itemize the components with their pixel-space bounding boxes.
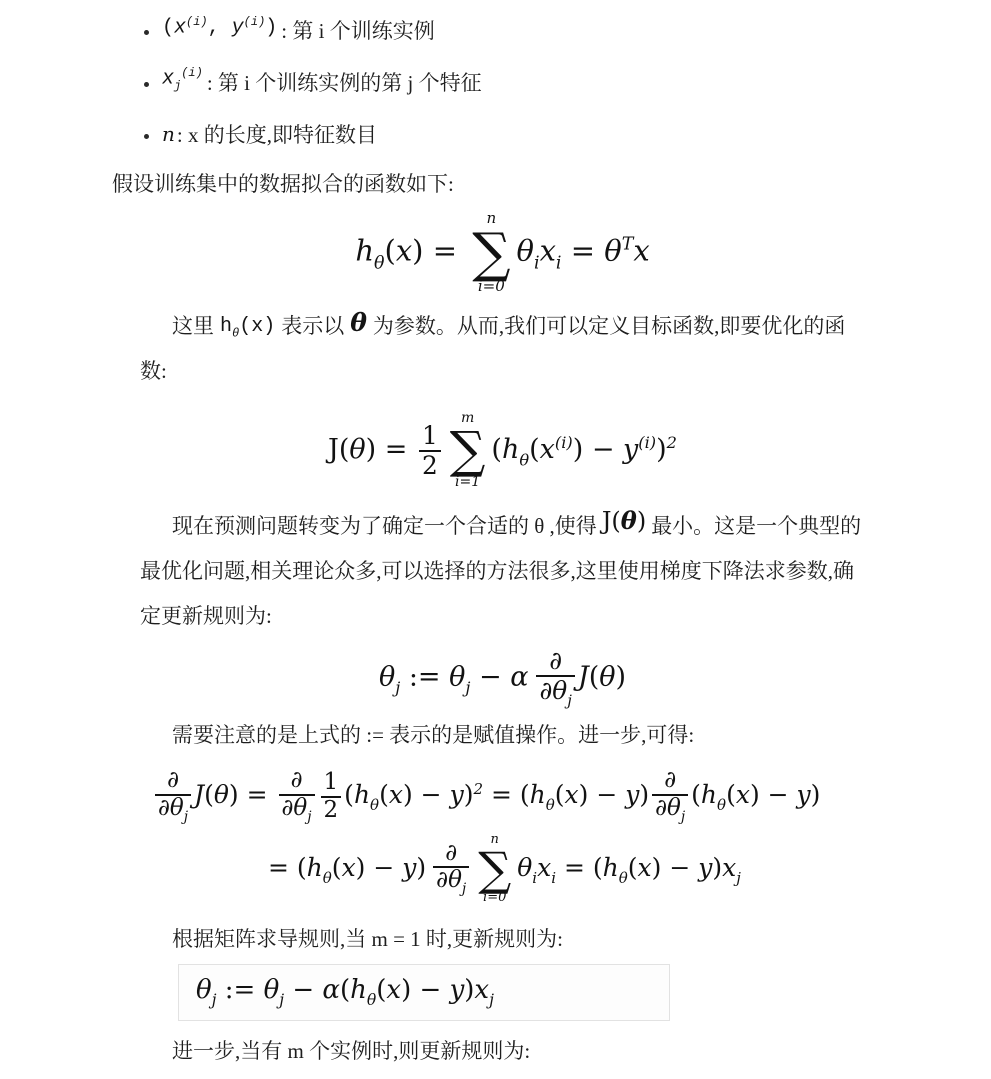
paragraph-further: 进一步,当有 m 个实例时,则更新规则为: [140, 1029, 865, 1074]
math-n: n [162, 124, 175, 144]
notation-list: (x(i), y(i)) : 第 i 个训练实例 xj(i) : 第 i 个训练… [140, 6, 865, 162]
formula-cost-function: J(θ) = 12m∑i=1(hθ(x(i)) − y(i))2 [140, 410, 865, 491]
document: (x(i), y(i)) : 第 i 个训练实例 xj(i) : 第 i 个训练… [0, 0, 991, 1079]
bullet-dot [144, 30, 149, 35]
paragraph-assignment-note: 需要注意的是上式的 := 表示的是赋值操作。进一步,可得: [140, 713, 865, 758]
list-item: xj(i) : 第 i 个训练实例的第 j 个特征 [144, 58, 865, 110]
paragraph-matrix-rule: 根据矩阵求导规则,当 m = 1 时,更新规则为: [140, 917, 865, 962]
paragraph-text: 现在预测问题转变为了确定一个合适的 θ ,使得 [172, 514, 597, 538]
list-item-text: : 第 i 个训练实例的第 j 个特征 [207, 61, 482, 106]
formula-box: θj := θj − α(hθ(x) − y)xj [178, 964, 670, 1021]
formula-derivation-line1: ∂∂θjJ(θ) = ∂∂θj12(hθ(x) − y)2 = (hθ(x) −… [140, 768, 865, 825]
formula-hypothesis: hθ(x) = n∑i=0θixi = θTx [140, 209, 865, 296]
list-item: n : x 的长度,即特征数目 [144, 110, 865, 162]
list-item-text: : 第 i 个训练实例 [281, 9, 434, 54]
paragraph-define-objective: 这里hθ(x)表示以θ为参数。从而,我们可以定义目标函数,即要优化的函数: [140, 304, 865, 394]
list-item-text: : x 的长度,即特征数目 [177, 113, 377, 158]
paragraph-assume: 假设训练集中的数据拟合的函数如下: [112, 162, 865, 207]
math-feature-j: xj(i) [162, 67, 203, 92]
paragraph-text: 表示以 [281, 314, 344, 338]
math-training-pair: (x(i), y(i)) [162, 16, 277, 38]
bullet-dot [144, 134, 149, 139]
bullet-dot [144, 82, 149, 87]
inline-math-theta: θ [350, 308, 367, 337]
formula-image-frame: θj := θj − α(hθ(x) − y)xj [140, 964, 865, 1021]
formula-derivation-line2: = (hθ(x) − y)∂∂θjn∑i=0θixi = (hθ(x) − y)… [140, 832, 865, 907]
formula-update-rule: θj := θj − α∂∂θjJ(θ) [140, 647, 865, 709]
inline-math-h-theta-x: hθ(x) [220, 315, 275, 338]
paragraph-optimization: 现在预测问题转变为了确定一个合适的 θ ,使得J(θ)最小。这是一个典型的最优化… [140, 504, 865, 639]
formula-single-instance-update: θj := θj − α(hθ(x) − y)xj [196, 977, 494, 1008]
paragraph-text: 这里 [172, 314, 214, 338]
list-item: (x(i), y(i)) : 第 i 个训练实例 [144, 6, 865, 58]
inline-math-J-theta: J(θ) [602, 507, 646, 535]
